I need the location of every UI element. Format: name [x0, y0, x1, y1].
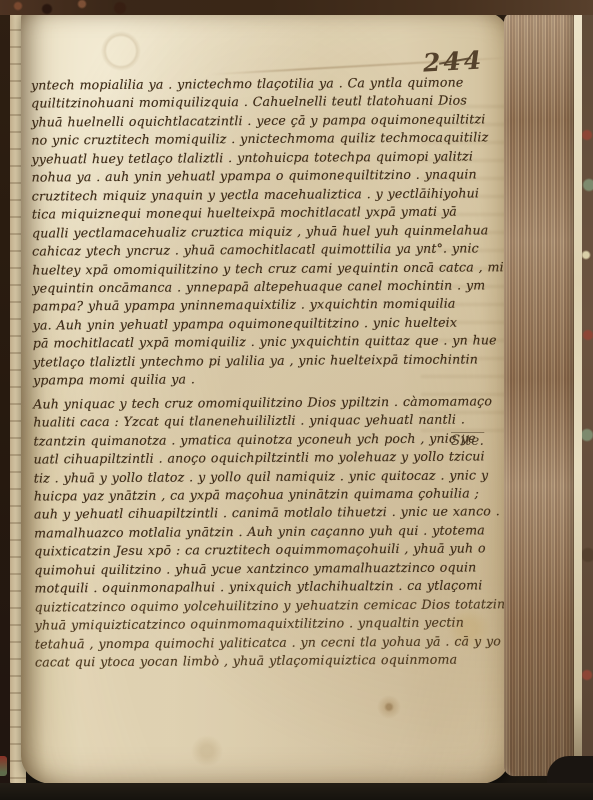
manuscript-page: 244 yntech mopialilia ya . ynictechmo tl…	[21, 9, 508, 784]
marbled-endpaper-sliver	[0, 756, 7, 776]
manuscript-text-block: yntech mopialilia ya . ynictechmo tlaçot…	[31, 73, 471, 672]
spine-gutter	[0, 0, 10, 800]
fore-edge-highlight	[574, 15, 582, 773]
manuscript-line: cacat qui ytoca yocan limbò , yhuā ytlaç…	[35, 651, 471, 672]
manuscript-line: uatl cihuapiltzintli . anoço oquichpiltz…	[34, 448, 470, 469]
marbled-board-edge	[582, 15, 593, 775]
binding-top-edge	[0, 0, 593, 15]
margin-note: Site.	[451, 433, 484, 449]
manuscript-line: yhuā ymiquizticatzinco oquinmomaquixtili…	[35, 614, 471, 635]
manuscript-line: hualiti caca : Yzcat qui tlanenehuililiz…	[33, 411, 469, 432]
book-fore-edge	[504, 13, 574, 776]
book-photograph: 244 yntech mopialilia ya . ynictechmo tl…	[0, 0, 593, 800]
manuscript-line: cahicaz ytech yncruz . yhuā camochitlaca…	[32, 240, 468, 261]
manuscript-line: ytetlaço tlaliztli yntechmo pi yalilia y…	[33, 350, 469, 371]
binding-bottom-edge	[0, 783, 593, 800]
manuscript-line: ypampa momi quilia ya .	[33, 369, 469, 390]
